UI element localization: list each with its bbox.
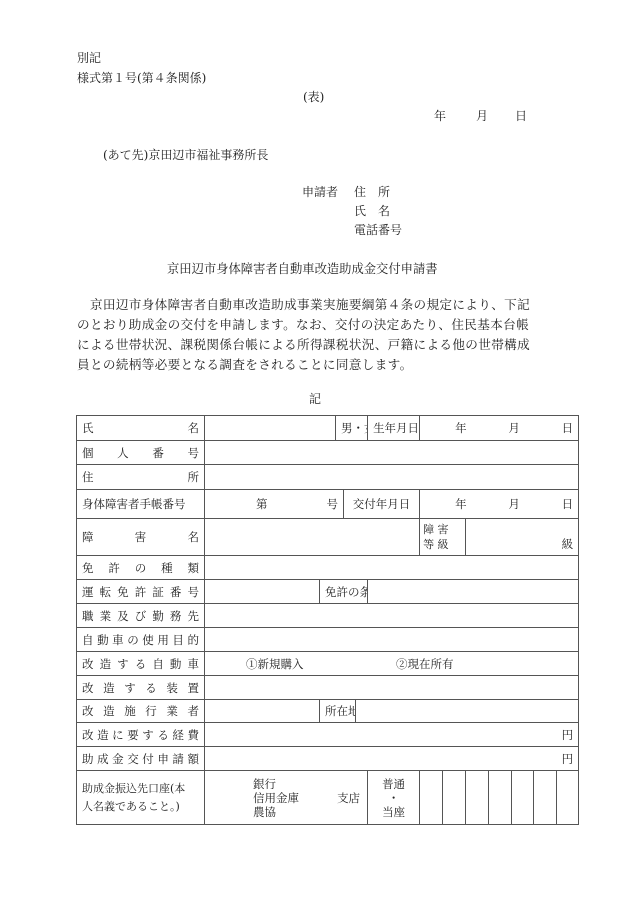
form-number: 様式第１号(第４条関係) — [77, 70, 206, 86]
account-digit-7[interactable] — [557, 771, 579, 825]
gender-select[interactable]: 男・女 — [336, 416, 368, 441]
row-account: 助成金振込先口座(本人名義であること。) 銀行信用金庫農協 支店 普通・当座 — [77, 771, 579, 825]
body-line: 員との続柄等必要となる調査をされることに同意します。 — [77, 355, 557, 375]
label-license-type: 免許の種類 — [77, 556, 205, 580]
bank-name-input[interactable]: 銀行信用金庫農協 支店 — [205, 771, 368, 825]
label-requested: 助成金交付申請額 — [77, 747, 205, 771]
applicant-phone-label: 電話番号 — [354, 222, 402, 238]
handbook-number-input[interactable]: 第号 — [205, 490, 344, 519]
ki-label: 記 — [309, 391, 321, 407]
label-occupation: 職業及び勤務先 — [77, 604, 205, 628]
row-device: 改造する装置 — [77, 676, 579, 700]
name-input[interactable] — [205, 416, 336, 441]
disability-name-input[interactable] — [205, 519, 420, 556]
birth-date-input[interactable]: 年月日 — [420, 416, 579, 441]
row-address: 住所 — [77, 465, 579, 490]
application-form-table: 氏名 男・女 生年月日 年月日 個人番号 住所 身体障害者手帳番号 第号 交付年… — [76, 415, 579, 825]
label-cost: 改造に要する経費 — [77, 723, 205, 747]
label-vehicle: 改造する自動車 — [77, 652, 205, 676]
label-device: 改造する装置 — [77, 676, 205, 700]
issue-date-label: 交付年月日 — [344, 490, 420, 519]
applicant-label: 申請者 — [302, 184, 338, 200]
account-digit-3[interactable] — [466, 771, 489, 825]
location-input[interactable] — [356, 700, 579, 723]
location-label: 所在地 — [320, 700, 356, 723]
address-input[interactable] — [205, 465, 579, 490]
grade-label: 障 害等 級 — [420, 519, 466, 556]
row-purpose: 自動車の使用目的 — [77, 628, 579, 652]
row-name: 氏名 男・女 生年月日 年月日 — [77, 416, 579, 441]
date-day: 日 — [515, 108, 527, 124]
purpose-input[interactable] — [205, 628, 579, 652]
label-name: 氏名 — [77, 416, 205, 441]
vehicle-choice: ①新規購入②現在所有 — [205, 652, 579, 676]
body-paragraph: 京田辺市身体障害者自動車改造助成事業実施要綱第４条の規定により、下記 のとおり助… — [77, 295, 557, 375]
row-my-number: 個人番号 — [77, 441, 579, 465]
row-requested: 助成金交付申請額 円 — [77, 747, 579, 771]
label-disability: 障害名 — [77, 519, 205, 556]
body-line: による世帯状況、課税関係台帳による所得課税状況、戸籍による他の世帯構成 — [77, 335, 557, 355]
nokyo-option: 農協 — [253, 805, 299, 819]
row-contractor: 改造施行業者 所在地 — [77, 700, 579, 723]
row-disability: 障害名 障 害等 級 級 — [77, 519, 579, 556]
my-number-input[interactable] — [205, 441, 579, 465]
issue-date-input[interactable]: 年月日 — [420, 490, 579, 519]
label-my-number: 個人番号 — [77, 441, 205, 465]
row-license-number: 運転免許証番号 免許の条件 — [77, 580, 579, 604]
applicant-name-label: 氏 名 — [354, 203, 390, 219]
device-input[interactable] — [205, 676, 579, 700]
license-type-input[interactable] — [205, 556, 579, 580]
option-new-purchase[interactable]: ①新規購入 — [210, 656, 396, 672]
option-currently-owned[interactable]: ②現在所有 — [396, 657, 454, 671]
account-digit-1[interactable] — [420, 771, 443, 825]
applicant-address-label: 住 所 — [354, 184, 390, 200]
label-license-number: 運転免許証番号 — [77, 580, 205, 604]
contractor-input[interactable] — [205, 700, 320, 723]
license-conditions-label: 免許の条件 — [320, 580, 368, 604]
account-digit-6[interactable] — [534, 771, 557, 825]
row-vehicle: 改造する自動車 ①新規購入②現在所有 — [77, 652, 579, 676]
branch-label: 支店 — [337, 791, 360, 805]
account-digit-2[interactable] — [443, 771, 466, 825]
license-number-input[interactable] — [205, 580, 320, 604]
appendix-label: 別記 — [77, 50, 101, 66]
row-occupation: 職業及び勤務先 — [77, 604, 579, 628]
occupation-input[interactable] — [205, 604, 579, 628]
shinkin-option: 信用金庫 — [253, 791, 299, 805]
cost-input[interactable]: 円 — [205, 723, 579, 747]
grade-input[interactable]: 級 — [466, 519, 579, 556]
birth-label: 生年月日 — [368, 416, 420, 441]
row-license-type: 免許の種類 — [77, 556, 579, 580]
requested-amount-input[interactable]: 円 — [205, 747, 579, 771]
bank-option: 銀行 — [253, 777, 299, 791]
body-line: のとおり助成金の交付を申請します。なお、交付の決定あたり、住民基本台帳 — [77, 315, 557, 335]
account-digit-5[interactable] — [512, 771, 534, 825]
license-conditions-input[interactable] — [368, 580, 579, 604]
date-month: 月 — [476, 108, 488, 124]
addressee: (あて先)京田辺市福祉事務所長 — [103, 147, 268, 163]
label-purpose: 自動車の使用目的 — [77, 628, 205, 652]
date-year: 年 — [434, 108, 446, 124]
row-handbook: 身体障害者手帳番号 第号 交付年月日 年月日 — [77, 490, 579, 519]
account-type-select[interactable]: 普通・当座 — [368, 771, 420, 825]
row-cost: 改造に要する経費 円 — [77, 723, 579, 747]
document-title: 京田辺市身体障害者自動車改造助成金交付申請書 — [167, 261, 438, 277]
account-digit-4[interactable] — [489, 771, 512, 825]
label-account: 助成金振込先口座(本人名義であること。) — [77, 771, 205, 825]
label-handbook: 身体障害者手帳番号 — [77, 490, 205, 519]
label-contractor: 改造施行業者 — [77, 700, 205, 723]
body-line: 京田辺市身体障害者自動車改造助成事業実施要綱第４条の規定により、下記 — [77, 295, 557, 315]
label-address: 住所 — [77, 465, 205, 490]
side-label: (表) — [303, 89, 324, 105]
